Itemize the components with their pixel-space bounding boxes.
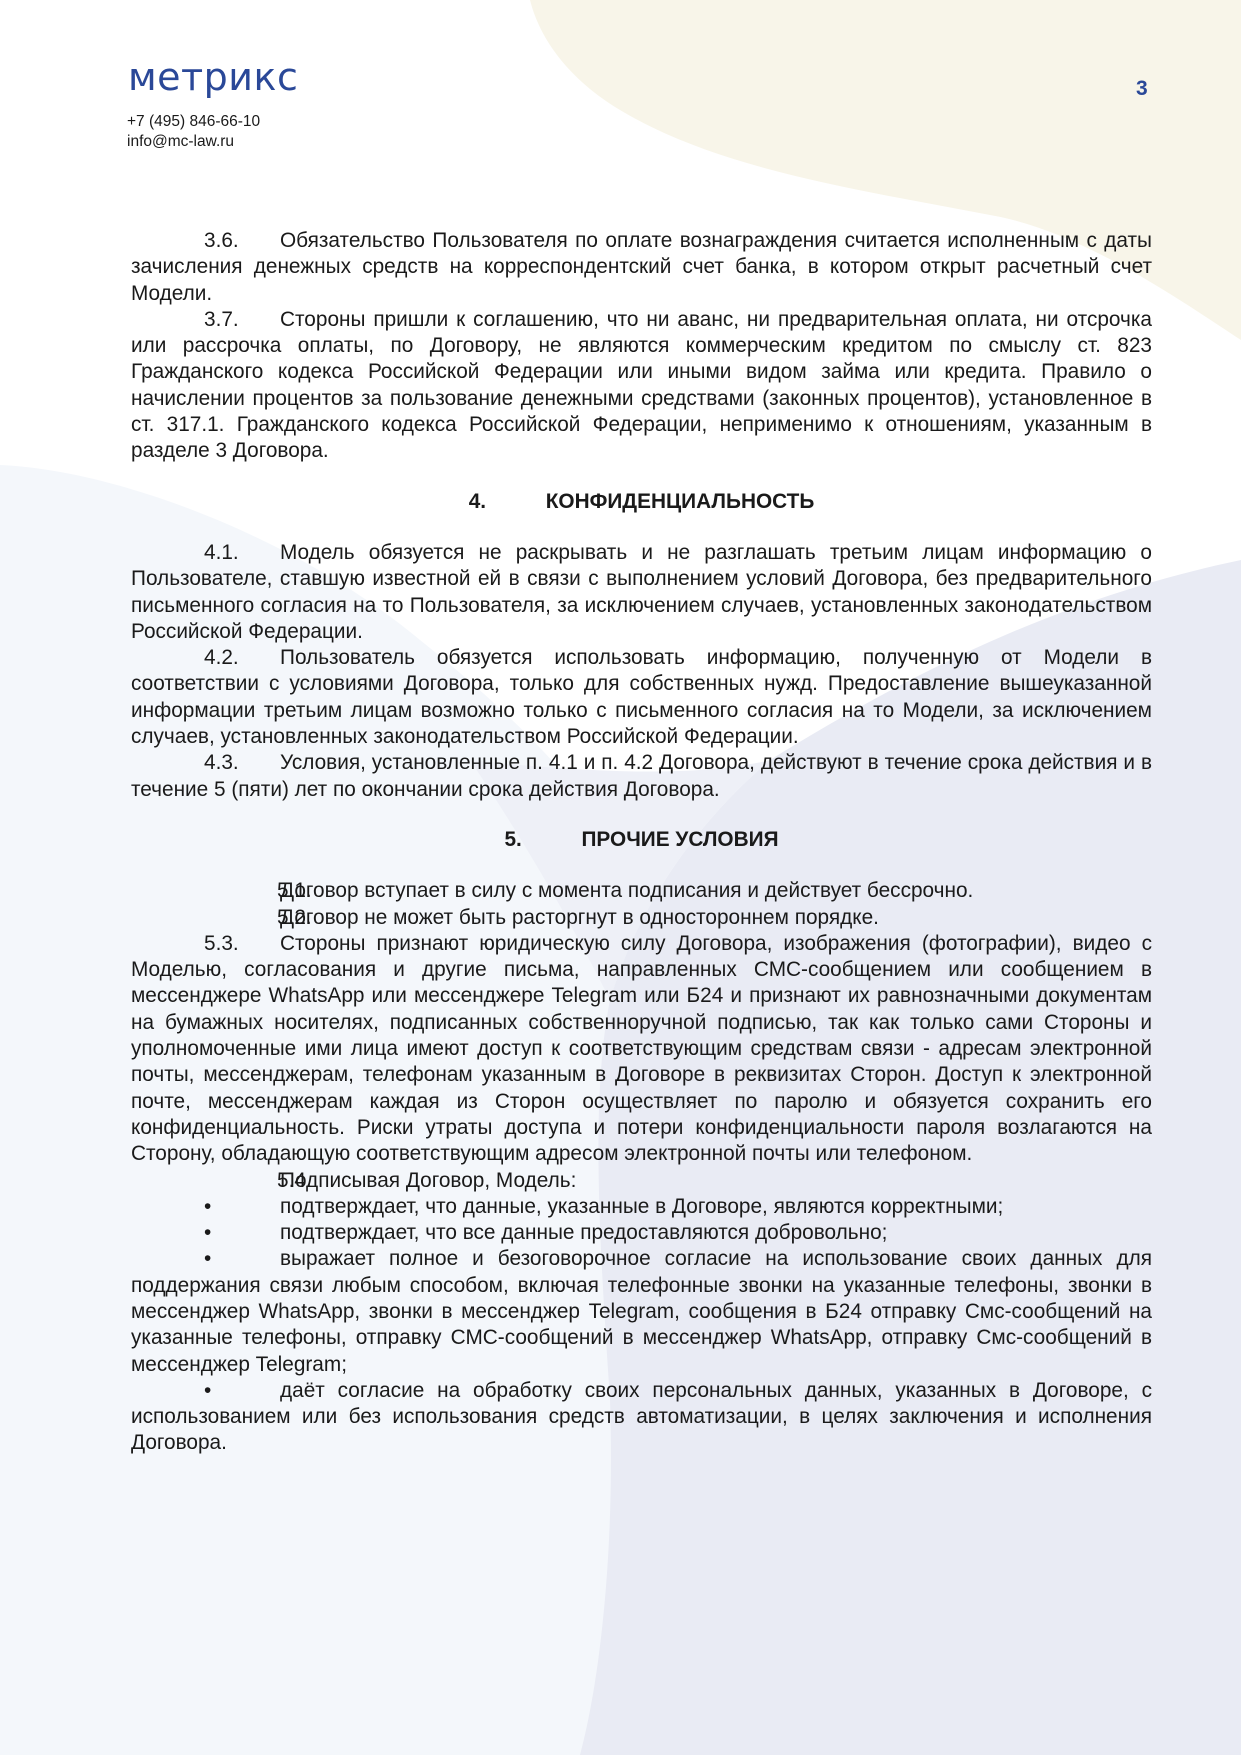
clause-number: 3.7. [204,307,280,333]
clause-4-2: 4.2.Пользователь обязуется использовать … [131,645,1152,750]
clause-text: Договор не может быть расторгнут в однос… [280,906,879,929]
section-heading-5: 5.ПРОЧИЕ УСЛОВИЯ [131,827,1152,853]
section-heading-4: 4.КОНФИДЕНЦИАЛЬНОСТЬ [131,489,1152,515]
bullet-text: выражает полное и безоговорочное согласи… [131,1247,1152,1375]
page-number: 3 [1136,77,1148,101]
bullet-icon: • [204,1246,280,1272]
clause-4-3: 4.3.Условия, установленные п. 4.1 и п. 4… [131,750,1152,803]
clause-4-1: 4.1.Модель обязуется не раскрывать и не … [131,540,1152,645]
clause-5-3: 5.3.Стороны признают юридическую силу До… [131,931,1152,1168]
document-body: 3.6.Обязательство Пользователя по оплате… [131,228,1152,1457]
clause-text: Модель обязуется не раскрывать и не разг… [131,541,1152,643]
clause-text: Обязательство Пользователя по оплате воз… [131,229,1152,305]
contact-info: +7 (495) 846-66-10 info@mc-law.ru [127,112,260,152]
clause-text: Стороны пришли к соглашению, что ни аван… [131,308,1152,462]
clause-3-7: 3.7.Стороны пришли к соглашению, что ни … [131,307,1152,465]
clause-text: Пользователь обязуется использовать инфо… [131,646,1152,748]
clause-number: 5.3. [204,931,280,957]
clause-number: 5.1. [204,878,280,904]
document-page: метрикс +7 (495) 846-66-10 info@mc-law.r… [0,0,1241,1755]
clause-3-6: 3.6.Обязательство Пользователя по оплате… [131,228,1152,307]
clause-5-1: 5.1.Договор вступает в силу с момента по… [131,878,1152,904]
section-number: 5. [504,827,581,853]
clause-number: 4.1. [204,540,280,566]
clause-text: Подписывая Договор, Модель: [280,1169,576,1192]
section-title: КОНФИДЕНЦИАЛЬНОСТЬ [546,490,815,513]
clause-5-2: 5.2.Договор не может быть расторгнут в о… [131,905,1152,931]
clause-number: 5.4. [204,1168,280,1194]
bullet-icon: • [204,1378,280,1404]
bullet-text: даёт согласие на обработку своих персона… [131,1379,1152,1455]
bullet-item: •подтверждает, что все данные предоставл… [131,1220,1152,1246]
clause-text: Договор вступает в силу с момента подпис… [280,879,973,902]
email-address: info@mc-law.ru [127,132,260,152]
clause-number: 5.2. [204,905,280,931]
bullet-item: •подтверждает, что данные, указанные в Д… [131,1194,1152,1220]
bullet-icon: • [204,1194,280,1220]
bullet-item: •выражает полное и безоговорочное соглас… [131,1246,1152,1377]
clause-text: Стороны признают юридическую силу Догово… [131,932,1152,1165]
bullet-text: подтверждает, что данные, указанные в До… [280,1195,1003,1218]
clause-number: 3.6. [204,228,280,254]
clause-text: Условия, установленные п. 4.1 и п. 4.2 Д… [131,751,1152,800]
clause-5-4: 5.4.Подписывая Договор, Модель: [131,1168,1152,1194]
phone-number: +7 (495) 846-66-10 [127,112,260,132]
bullet-text: подтверждает, что все данные предоставля… [280,1221,887,1244]
company-logo: метрикс [128,58,298,96]
bullet-icon: • [204,1220,280,1246]
section-number: 4. [469,489,546,515]
bullet-item: •даёт согласие на обработку своих персон… [131,1378,1152,1457]
clause-number: 4.2. [204,645,280,671]
clause-number: 4.3. [204,750,280,776]
section-title: ПРОЧИЕ УСЛОВИЯ [581,828,778,851]
